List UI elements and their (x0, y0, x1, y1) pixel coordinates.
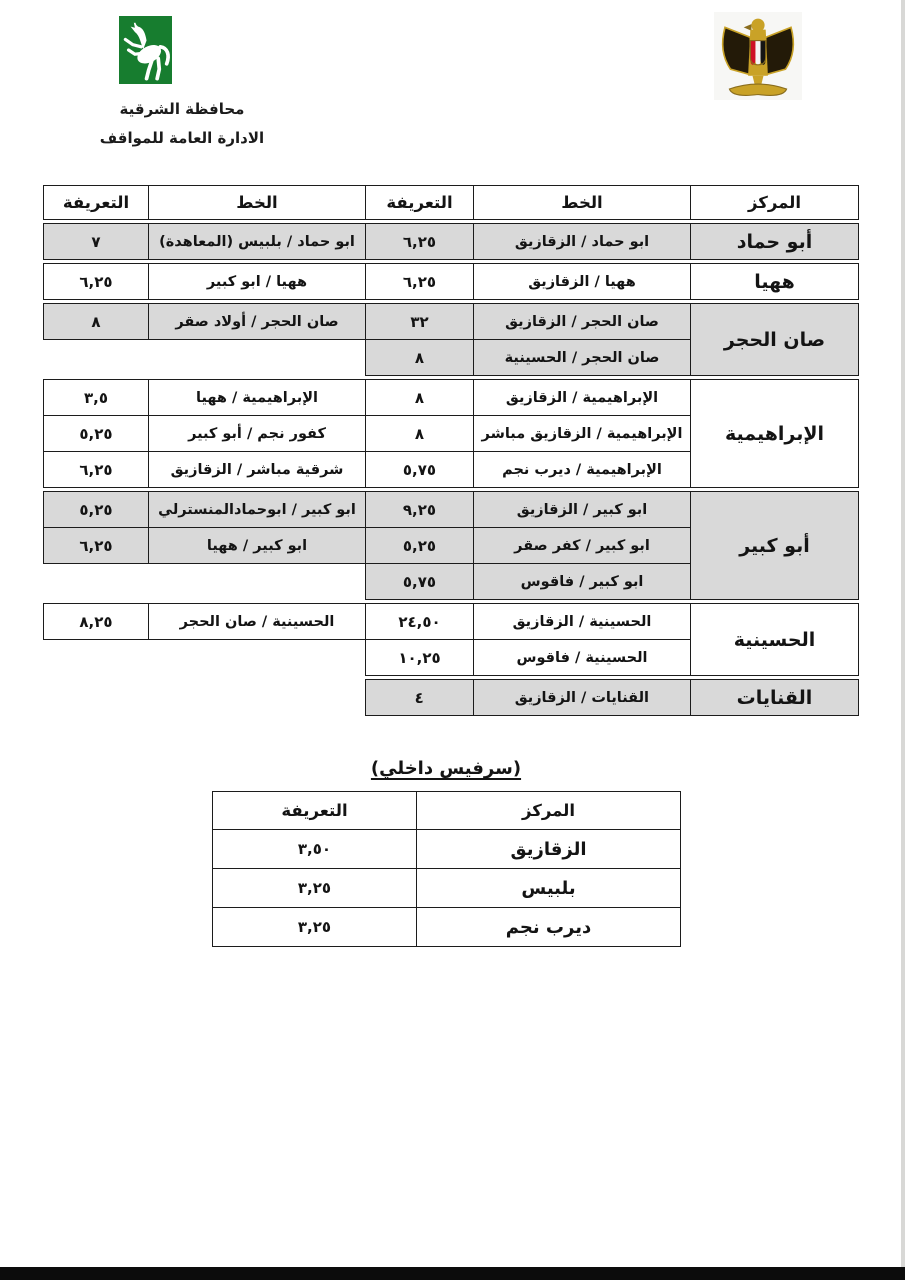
route-cell: ههيا / الزقازيق (474, 264, 691, 300)
column-header-fare2: التعريفة (44, 186, 149, 220)
center-cell: ههيا (691, 264, 859, 300)
fare-cell: ٥,٧٥ (366, 564, 474, 600)
route-cell: شرقية مباشر / الزقازيق (149, 452, 366, 488)
route-cell: ههيا / ابو كبير (149, 264, 366, 300)
center-cell: أبو كبير (691, 492, 859, 600)
route-cell: ابو كبير / كفر صقر (474, 528, 691, 564)
fare-cell: ٦,٢٥ (366, 224, 474, 260)
route-cell: صان الحجر / الزقازيق (474, 304, 691, 340)
fare-cell: ٦,٢٥ (44, 452, 149, 488)
center-cell: الحسينية (691, 604, 859, 676)
egypt-eagle-emblem (714, 12, 802, 100)
fare-cell: ٨ (44, 304, 149, 340)
fare-tables: المركزالخطالتعريفةالخطالتعريفةأبو حماداب… (43, 185, 859, 716)
route-cell: صان الحجر / أولاد صقر (149, 304, 366, 340)
fare-cell: ٤ (365, 680, 473, 716)
column-header-line: الخط (474, 186, 691, 220)
center-cell: بلبيس (417, 869, 681, 908)
fare-cell: ٥,٢٥ (44, 492, 149, 528)
route-cell: ابو كبير / الزقازيق (474, 492, 691, 528)
fare-cell: ٢٤,٥٠ (366, 604, 474, 640)
center-cell: صان الحجر (691, 304, 859, 376)
fare-group-أبو كبير: أبو كبيرابو كبير / الزقازيق٩,٢٥ابو كبير … (43, 491, 859, 600)
route-cell: الإبراهيمية / ديرب نجم (474, 452, 691, 488)
table-row: الحسينيةالحسينية / الزقازيق٢٤,٥٠الحسينية… (44, 604, 859, 640)
fare-cell: ٥,٢٥ (44, 416, 149, 452)
fare-cell: ٦,٢٥ (44, 264, 149, 300)
fare-group-ههيا: ههياههيا / الزقازيق٦,٢٥ههيا / ابو كبير٦,… (43, 263, 859, 300)
fare-cell: ٧ (44, 224, 149, 260)
document-page: محافظة الشرقية الادارة العامة للمواقف (0, 0, 905, 1280)
fare-cell: ١٠,٢٥ (366, 640, 474, 676)
route-cell: ابو حماد / الزقازيق (474, 224, 691, 260)
governorate-name: محافظة الشرقية (62, 95, 302, 124)
route-cell: الحسينية / فاقوس (474, 640, 691, 676)
fare-group-أبو حماد: أبو حمادابو حماد / الزقازيق٦,٢٥ابو حماد … (43, 223, 859, 260)
horse-icon (119, 16, 172, 84)
center-cell: الزقازيق (417, 830, 681, 869)
fare-cell: ٩,٢٥ (366, 492, 474, 528)
table-row: ههياههيا / الزقازيق٦,٢٥ههيا / ابو كبير٦,… (44, 264, 859, 300)
fare-cell: ٦,٢٥ (44, 528, 149, 564)
fare-cell: ٣,٢٥ (213, 908, 417, 947)
route-cell: الإبراهيمية / الزقازيق مباشر (474, 416, 691, 452)
table-row: صان الحجرصان الحجر / الزقازيق٣٢صان الحجر… (44, 304, 859, 340)
table-row: الزقازيق٣,٥٠ (213, 830, 681, 869)
sharqia-horse-logo (119, 16, 172, 84)
route-cell: ابو كبير / فاقوس (474, 564, 691, 600)
fare-cell: ٨ (366, 340, 474, 376)
service-table-title: (سرفيس داخلي) (212, 758, 680, 779)
route-cell: القنايات / الزقازيق (473, 680, 690, 716)
column-header-center: المركز (691, 186, 859, 220)
table-row: الإبراهيميةالإبراهيمية / الزقازيق٨الإبرا… (44, 380, 859, 416)
table-row: أبو كبيرابو كبير / الزقازيق٩,٢٥ابو كبير … (44, 492, 859, 528)
route-cell: الإبراهيمية / الزقازيق (474, 380, 691, 416)
table-row: ديرب نجم٣,٢٥ (213, 908, 681, 947)
center-cell: أبو حماد (691, 224, 859, 260)
header-row: المركزالتعريفة (213, 792, 681, 830)
route-cell: كفور نجم / أبو كبير (149, 416, 366, 452)
column-header-fare: التعريفة (213, 792, 417, 830)
service-table: المركزالتعريفةالزقازيق٣,٥٠بلبيس٣,٢٥ديرب … (212, 791, 681, 947)
center-cell: ديرب نجم (417, 908, 681, 947)
fare-group-صان الحجر: صان الحجرصان الحجر / الزقازيق٣٢صان الحجر… (43, 303, 859, 376)
department-name: الادارة العامة للمواقف (62, 124, 302, 153)
fare-cell: ٥,٢٥ (366, 528, 474, 564)
scan-edge (901, 0, 905, 1280)
fare-cell: ٣,٥ (44, 380, 149, 416)
route-cell: ابو حماد / بلبيس (المعاهدة) (149, 224, 366, 260)
service-table-grid: المركزالتعريفةالزقازيق٣,٥٠بلبيس٣,٢٥ديرب … (212, 791, 681, 947)
fare-cell: ٥,٧٥ (366, 452, 474, 488)
table-row: أبو حمادابو حماد / الزقازيق٦,٢٥ابو حماد … (44, 224, 859, 260)
fare-cell: ٦,٢٥ (366, 264, 474, 300)
route-cell: ابو كبير / ابوحمادالمنسترلي (149, 492, 366, 528)
main-table-header-row: المركزالخطالتعريفةالخطالتعريفة (43, 185, 859, 220)
center-cell: الإبراهيمية (691, 380, 859, 488)
table-row: القناياتالقنايات / الزقازيق٤ (43, 680, 859, 716)
center-cell: القنايات (690, 680, 858, 716)
fare-cell: ٨ (366, 416, 474, 452)
table-row: بلبيس٣,٢٥ (213, 869, 681, 908)
fare-cell: ٨,٢٥ (44, 604, 149, 640)
scan-bottom-bar (0, 1267, 905, 1280)
fare-group-الإبراهيمية: الإبراهيميةالإبراهيمية / الزقازيق٨الإبرا… (43, 379, 859, 488)
eagle-icon (714, 12, 802, 100)
fare-cell: ٣,٢٥ (213, 869, 417, 908)
fare-cell: ٨ (366, 380, 474, 416)
column-header-line2: الخط (149, 186, 366, 220)
org-header: محافظة الشرقية الادارة العامة للمواقف (62, 95, 302, 153)
fare-cell: ٣٢ (366, 304, 474, 340)
fare-group-الحسينية: الحسينيةالحسينية / الزقازيق٢٤,٥٠الحسينية… (43, 603, 859, 676)
column-header-center: المركز (417, 792, 681, 830)
route-cell: صان الحجر / الحسينية (474, 340, 691, 376)
route-cell: ابو كبير / ههيا (149, 528, 366, 564)
route-cell: الحسينية / الزقازيق (474, 604, 691, 640)
route-cell: الإبراهيمية / ههيا (149, 380, 366, 416)
column-header-fare: التعريفة (366, 186, 474, 220)
fare-cell: ٣,٥٠ (213, 830, 417, 869)
header-row: المركزالخطالتعريفةالخطالتعريفة (44, 186, 859, 220)
fare-group-القنايات: القناياتالقنايات / الزقازيق٤ (43, 679, 859, 716)
route-cell: الحسينية / صان الحجر (149, 604, 366, 640)
